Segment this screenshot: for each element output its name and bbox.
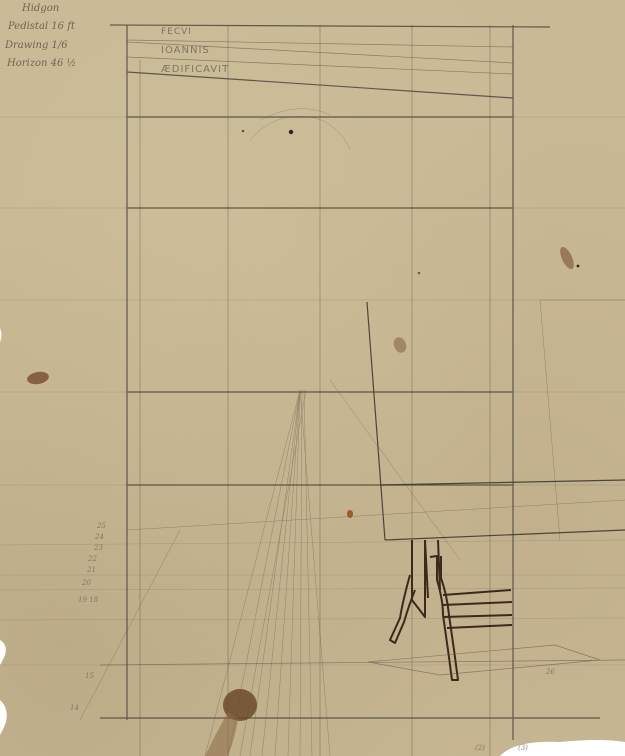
scale-mark: 23 [94,544,103,552]
scale-mark: 21 [87,566,96,574]
scale-mark: 25 [97,522,106,530]
scale-mark: 19 18 [78,596,98,604]
scale-mark: 24 [95,533,104,541]
scale-mark: 15 [85,672,94,680]
inscription-line-2: IOANNIS [161,45,210,56]
note-drawing-scale: Drawing 1/6 [5,40,68,51]
scale-mark: (2) [475,744,485,752]
scale-mark: 22 [88,555,97,563]
construction-lines [0,0,625,756]
scale-mark: 14 [70,704,79,712]
scale-mark: (3) [518,744,528,752]
inscription-line-3: ÆDIFICAVIT [161,64,229,75]
note-pedestal: Pedistal 16 ft [8,21,75,32]
note-horizon: Horizon 46 ½ [7,58,76,69]
scale-mark: 20 [82,579,91,587]
scale-mark: 26 [546,668,555,676]
note-title: Hidgon [22,3,59,14]
drawing-sheet: Hidgon Pedistal 16 ft Drawing 1/6 Horizo… [0,0,625,756]
inscription-line-1: FECVI [161,27,192,37]
